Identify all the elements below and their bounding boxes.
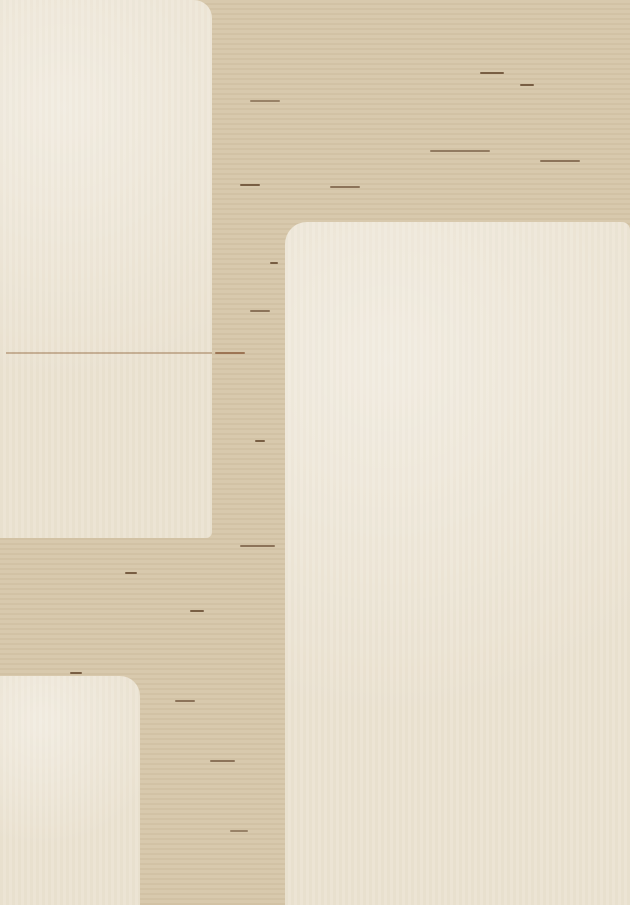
fleck [520,84,534,86]
fleck [255,440,265,442]
right-panel [285,222,630,905]
fleck [70,672,82,674]
fleck [250,100,280,102]
fleck [480,72,504,74]
bottom-left-panel [0,676,140,905]
fleck [190,610,204,612]
fleck [210,760,235,762]
fleck [215,352,245,354]
fleck [430,150,490,152]
rug-photo [0,0,630,905]
fleck [330,186,360,188]
fleck [230,830,248,832]
fleck [240,184,260,186]
panel-seam [6,352,212,354]
fleck [250,310,270,312]
fleck [240,545,275,547]
fleck [270,262,278,264]
fleck [540,160,580,162]
top-left-panel [0,0,212,538]
fleck [175,700,195,702]
fleck [125,572,137,574]
